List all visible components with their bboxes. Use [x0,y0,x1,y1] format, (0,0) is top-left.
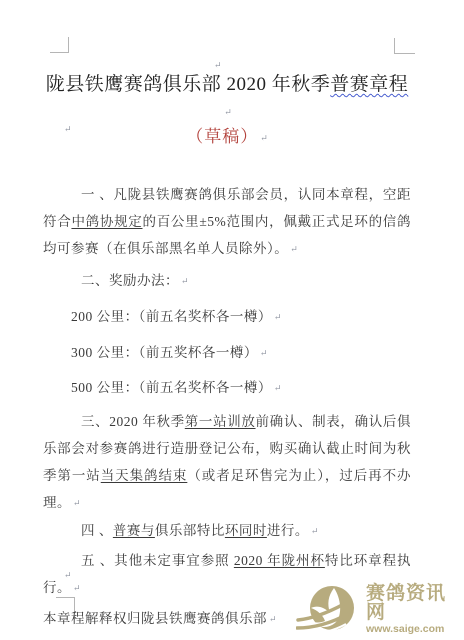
paragraph-race-500km: 500 公里：（前五名奖杯各一樽）↵ [43,374,411,402]
text-column: 陇县铁鹰赛鸽俱乐部 2020 年秋季普赛章程↵ （草稿）↵ 一 、凡陇县铁鹰赛鸽… [43,0,411,633]
underlined-text: 普赛与 [113,523,155,538]
paragraph-mark-icon: ↵ [71,583,81,593]
text-run: 进行。 [267,523,309,538]
title-text: 陇县铁鹰赛鸽俱乐部 2020 年秋季 [46,74,331,95]
paragraph-mark-icon: ↵ [258,133,268,143]
text-run: 俱乐部特比 [155,523,225,538]
paragraph-mark-icon: ↵ [309,526,319,536]
paragraph-mark-icon: ↵ [267,614,277,624]
watermark-text: 赛鸽资讯网 www.saige.com [366,584,464,635]
watermark-site-name: 赛鸽资讯网 [366,584,464,622]
text-run: 本章程解释权归陇县铁鹰赛鸽俱乐部 [43,611,267,626]
paragraph-race-300km: 300 公里：（前五奖杯各一樽）↵ [43,339,411,367]
underlined-text: 第一站训放 [185,414,256,429]
underlined-text: 2020 年陇州杯 [234,553,325,568]
paragraph-membership: 一 、凡陇县铁鹰赛鸽俱乐部会员，认同本章程，空距符合中鸽协规定的百公里±5%范围… [43,181,411,263]
underlined-text: 中鸽协规定 [71,214,142,229]
paragraph-mark-icon: ↵ [272,312,282,322]
text-run: 四 、 [81,523,113,538]
text-run: 五 、其他未定事宜参照 [81,553,234,568]
paragraph-mark-icon: ↵ [258,348,268,358]
text-run: 三、2020 年秋季 [81,414,185,429]
paragraph-mark-icon: ↵ [272,383,282,393]
paragraph-mark-icon: ↵ [71,498,81,508]
page-title: 陇县铁鹰赛鸽俱乐部 2020 年秋季普赛章程↵ [43,72,411,125]
document-page: ↵ ↵ ↵ 陇县铁鹰赛鸽俱乐部 2020 年秋季普赛章程↵ （草稿）↵ 一 、凡… [0,0,464,640]
text-run: 300 公里：（前五奖杯各一樽） [71,345,258,360]
paragraph-race-200km: 200 公里：（前五名奖杯各一樽）↵ [43,303,411,331]
text-run: 二、奖励办法： [81,273,179,288]
paragraph-rewards-heading: 二、奖励办法：↵ [43,267,411,295]
text-run: 500 公里：（前五名奖杯各一樽） [71,380,272,395]
paragraph-mark-icon: ↵ [222,107,232,117]
underlined-text: 环同时 [225,523,267,538]
draft-subtitle: （草稿）↵ [43,125,411,150]
text-run: 200 公里：（前五名奖杯各一樽） [71,309,272,324]
paragraph-mark-icon: ↵ [288,244,298,254]
paragraph-concurrent-races: 四 、普赛与俱乐部特比环同时进行。↵ [43,517,411,545]
draft-label: （草稿） [186,127,258,146]
watermark-site-url: www.saige.com [366,624,464,635]
paragraph-registration: 三、2020 年秋季第一站训放前确认、制表，确认后俱乐部会对参赛鸽进行造册登记公… [43,408,411,517]
pigeon-logo-icon [296,582,362,636]
watermark: 赛鸽资讯网 www.saige.com [296,582,464,636]
title-underlined-text: 普赛章程 [330,74,408,95]
paragraph-mark-icon: ↵ [179,276,189,286]
underlined-text: 当天集鸽结束 [101,468,188,483]
